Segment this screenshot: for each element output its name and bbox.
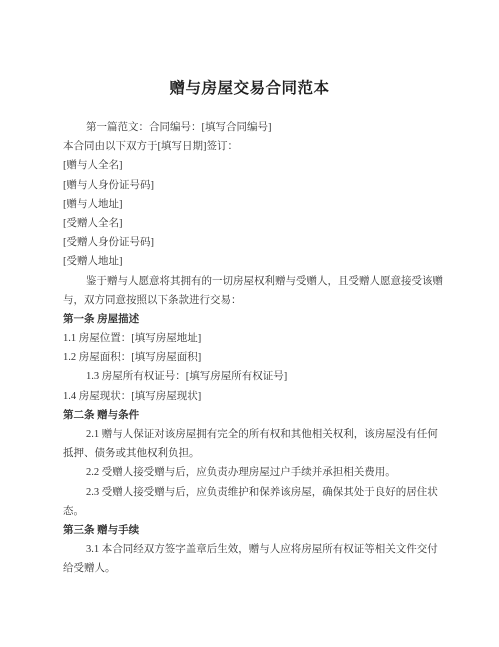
document-line: [受赠人全名] [63,214,436,233]
document-title: 赠与房屋交易合同范本 [0,76,499,98]
document-line: [赠与人全名] [63,156,436,175]
document-line: 1.1 房屋位置：[填写房屋地址] [63,329,436,348]
document-line: 给受赠人。 [63,559,436,578]
document-line: 2.2 受赠人接受赠与后，应负责办理房屋过户手续并承担相关费用。 [63,463,436,482]
document-section-heading: 第三条 赠与手续 [63,521,436,540]
document-line: 3.1 本合同经双方签字盖章后生效，赠与人应将房屋所有权证等相关文件交付 [63,540,436,559]
document-line: [受赠人身份证号码] [63,233,436,252]
document-line: 鉴于赠与人愿意将其拥有的一切房屋权利赠与受赠人，且受赠人愿意接受该赠 [63,272,436,291]
document-line: 抵押、债务或其他权利负担。 [63,444,436,463]
document-line: 1.3 房屋所有权证号：[填写房屋所有权证号] [63,367,436,386]
document-line: 本合同由以下双方于[填写日期]签订： [63,137,436,156]
document-line: 态。 [63,502,436,521]
document-line: 1.4 房屋现状：[填写房屋现状] [63,387,436,406]
document-line: [赠与人地址] [63,195,436,214]
document-line: 与，双方同意按照以下条款进行交易： [63,291,436,310]
document-line: 1.2 房屋面积：[填写房屋面积] [63,348,436,367]
contract-document-page: 赠与房屋交易合同范本 第一篇范文：合同编号：[填写合同编号]本合同由以下双方于[… [0,0,499,647]
document-line: 2.1 赠与人保证对该房屋拥有完全的所有权和其他相关权利，该房屋没有任何 [63,425,436,444]
document-section-heading: 第一条 房屋描述 [63,310,436,329]
document-line: 2.3 受赠人接受赠与后，应负责维护和保养该房屋，确保其处于良好的居住状 [63,483,436,502]
document-line: [赠与人身份证号码] [63,176,436,195]
document-section-heading: 第二条 赠与条件 [63,406,436,425]
document-body: 第一篇范文：合同编号：[填写合同编号]本合同由以下双方于[填写日期]签订：[赠与… [63,118,436,579]
document-line: 第一篇范文：合同编号：[填写合同编号] [63,118,436,137]
document-line: [受赠人地址] [63,252,436,271]
